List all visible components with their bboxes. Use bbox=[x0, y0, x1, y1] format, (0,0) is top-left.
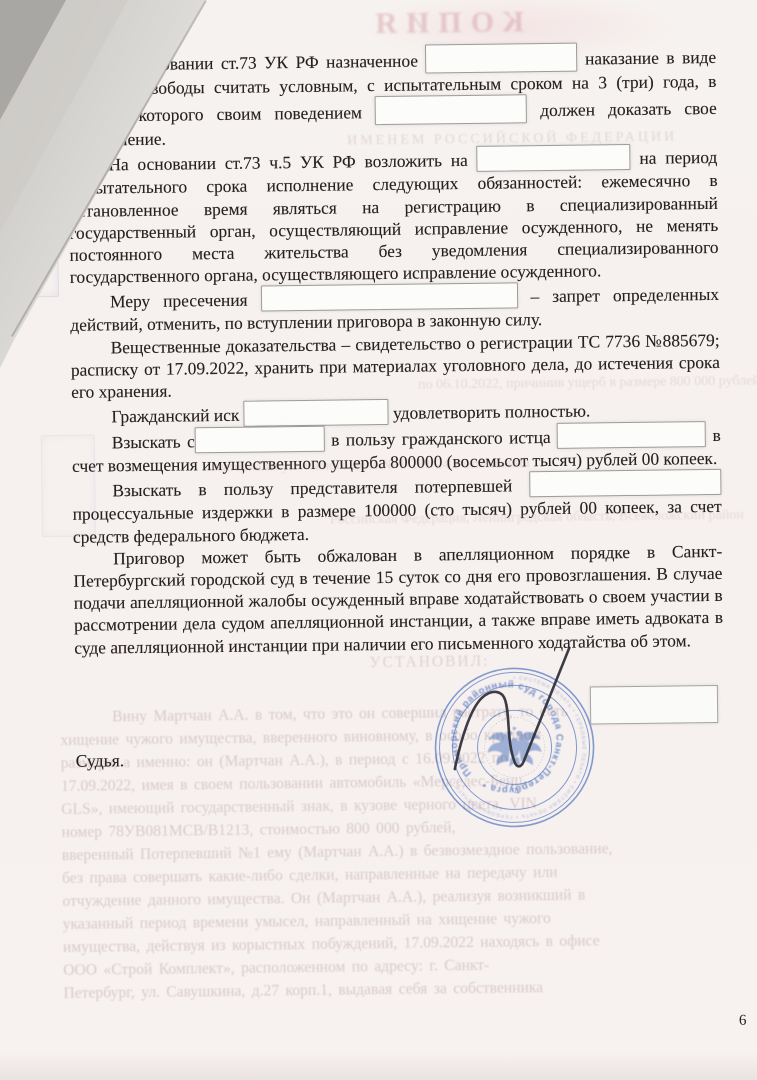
page-number: 6 bbox=[739, 1013, 747, 1030]
redaction-box-5 bbox=[244, 399, 389, 427]
redaction-box-6 bbox=[195, 426, 325, 454]
p5-text-1: Гражданский иск bbox=[111, 405, 239, 427]
ghost-text-block: Вину Мартчан А.А. в том, что это он сове… bbox=[60, 698, 740, 1005]
p8-text-1: Приговор может быть обжалован в апелляци… bbox=[73, 541, 723, 658]
p2-text-1: На основании ст.73 ч.5 УК РФ возложить н… bbox=[108, 150, 468, 174]
redaction-box-1 bbox=[425, 43, 577, 74]
redaction-box-9 bbox=[590, 685, 718, 725]
redaction-box-8 bbox=[529, 469, 721, 497]
p5-text-2: удовлетворить полностью. bbox=[393, 401, 591, 423]
stamp-center-mark: ГД bbox=[511, 787, 519, 794]
scanned-document-page: КОПИЯ ИМЕНЕМ РОССИЙСКОЙ ФЕДЕРАЦИИ На осн… bbox=[0, 0, 757, 1080]
bottom-scan-shade bbox=[0, 1052, 757, 1080]
judge-label: Судья. bbox=[76, 750, 125, 772]
p6-text-1: Взыскать с bbox=[112, 432, 195, 453]
p6-text-2: в пользу гражданского истца bbox=[331, 427, 551, 450]
redaction-box-2 bbox=[375, 94, 527, 125]
paragraph-8: Приговор может быть обжалован в апелляци… bbox=[73, 540, 723, 659]
redaction-box-4 bbox=[260, 283, 517, 312]
paragraph-4: Вещественные доказательства – свидетельс… bbox=[70, 329, 720, 404]
paragraph-3: Меру пресечения – запрет определенных де… bbox=[70, 280, 720, 336]
signature-stroke bbox=[431, 634, 593, 786]
ghost-stamp-bleed bbox=[41, 435, 96, 538]
verdict-text: На основании ст.73 УК РФ назначенное нак… bbox=[67, 41, 723, 659]
copy-watermark: КОПИЯ bbox=[366, 5, 524, 41]
redaction-box-3 bbox=[476, 144, 630, 172]
paragraph-2: На основании ст.73 ч.5 УК РФ возложить н… bbox=[68, 143, 719, 288]
p3-text-1: Меру пресечения bbox=[110, 290, 248, 312]
p7-text-1: Взыскать в пользу представителя потерпев… bbox=[112, 476, 512, 501]
redaction-box-7 bbox=[557, 421, 706, 449]
